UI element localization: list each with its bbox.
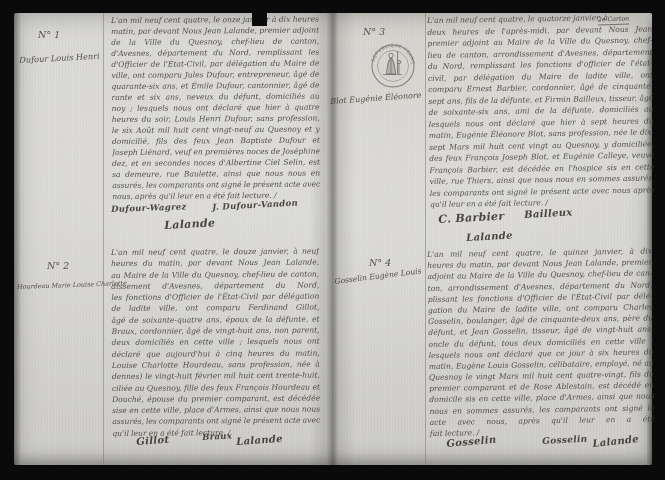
marianne-figure bbox=[383, 51, 402, 75]
left-page-margin-rule bbox=[103, 13, 104, 465]
entry-1-margin-name: Dufour Louis Henri bbox=[19, 51, 100, 65]
paper-left-edge-shadow bbox=[14, 13, 21, 465]
entry-2-signature: Gillot bbox=[136, 435, 170, 448]
republique-francaise-stamp-icon: RÉPUBLIQUE FRANÇAISE bbox=[368, 41, 418, 91]
entry-2-number: N° 2 bbox=[47, 261, 69, 272]
right-page-margin-rule bbox=[425, 13, 426, 465]
entry-3-signature: C. Barbier bbox=[438, 210, 505, 226]
entry-1-signature: Dufour-Wagrez bbox=[111, 202, 187, 215]
entry-3-signature: Lalande bbox=[466, 231, 513, 244]
register-double-page: 2e Carton N° 1 Dufour Louis Henri L'an m… bbox=[14, 13, 652, 465]
entry-3-signature: Bailleux bbox=[524, 207, 573, 221]
entry-2-act-text: L'an mil neuf cent quatre, le douze janv… bbox=[111, 246, 320, 439]
entry-4-number: N° 4 bbox=[369, 258, 391, 269]
binding-notch bbox=[252, 0, 267, 26]
entry-4-signature: Gosselin bbox=[542, 435, 588, 447]
entry-4-act-text: L'an mil neuf cent quatre, le quinze jan… bbox=[427, 245, 655, 439]
entry-1-signature: Lalande bbox=[164, 216, 216, 232]
entry-2-signature: Braux bbox=[202, 431, 232, 443]
entry-1-number: N° 1 bbox=[38, 30, 60, 41]
entry-1-act-text: L'an mil neuf cent quatre, le onze janvi… bbox=[111, 14, 320, 202]
register-scan: 2e Carton N° 1 Dufour Louis Henri L'an m… bbox=[0, 0, 665, 480]
entry-2-signature: Lalande bbox=[236, 434, 283, 448]
entry-3-number: N° 3 bbox=[363, 27, 385, 38]
entry-3-act-text: L'an mil neuf cent quatre, le quatorze j… bbox=[427, 11, 655, 210]
